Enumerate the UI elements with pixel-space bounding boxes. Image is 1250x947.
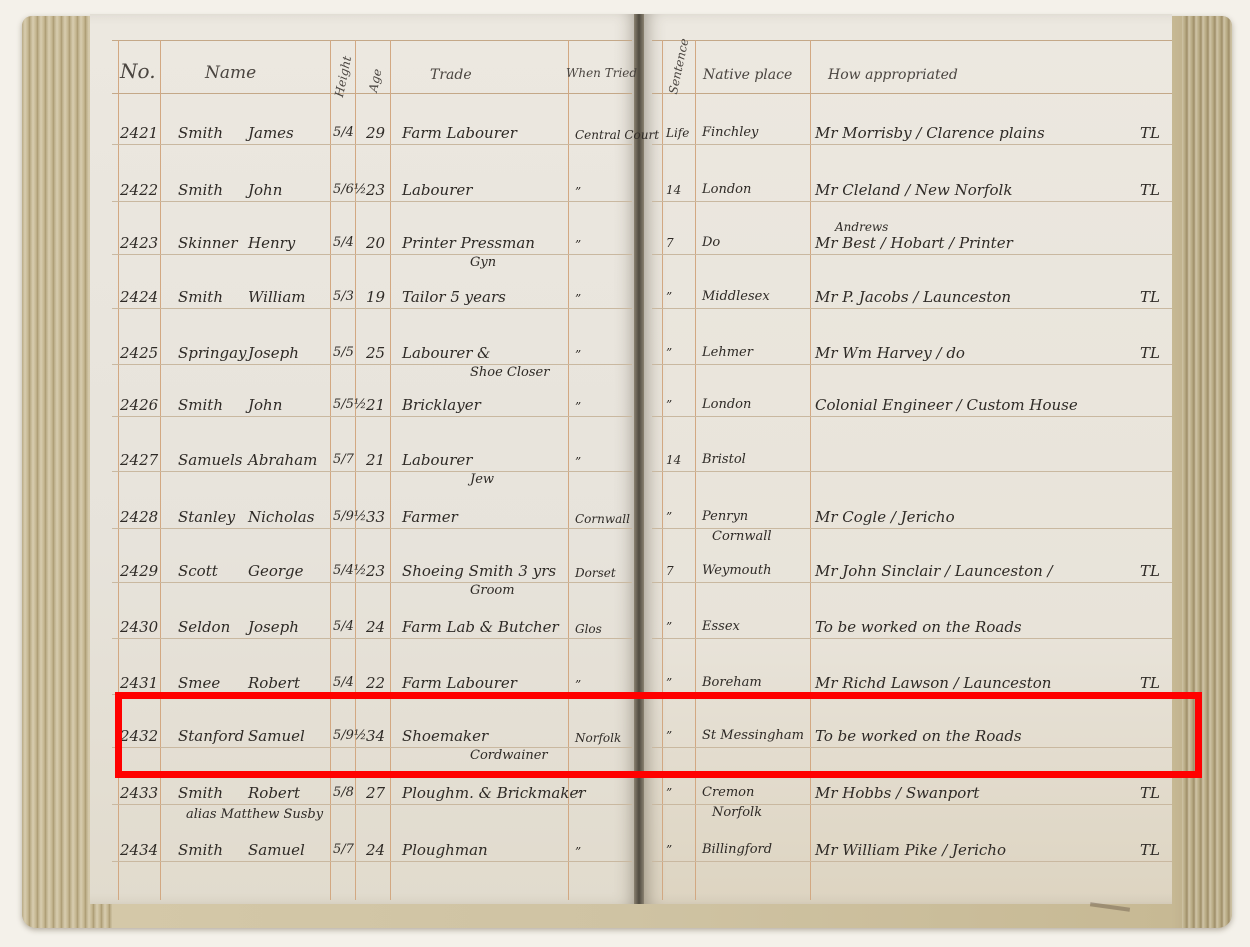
height: 5/3 — [333, 288, 354, 306]
surname: Smith — [178, 181, 223, 199]
height: 5/4 — [333, 234, 354, 252]
tl-mark: TL — [1140, 181, 1160, 199]
when-tried: Dorset — [575, 564, 616, 582]
native-place: Weymouth — [702, 562, 771, 580]
trade: Farm Labourer — [402, 674, 517, 692]
ruled-line — [112, 582, 632, 583]
how-appropriated: Mr John Sinclair / Launceston / — [815, 562, 1053, 580]
age: 19 — [366, 288, 385, 306]
when-tried: ” — [575, 453, 581, 471]
alias: alias Matthew Susby — [186, 806, 323, 824]
native-place: Penryn — [702, 508, 748, 526]
when-tried: ” — [575, 183, 581, 201]
entry-number: 2430 — [120, 618, 158, 636]
ruled-line — [112, 861, 632, 862]
ruled-line — [112, 40, 632, 41]
how-appropriated: Mr William Pike / Jericho — [815, 841, 1006, 859]
how-appropriated: Mr Cogle / Jericho — [815, 508, 955, 526]
native-place: Lehmer — [702, 344, 753, 362]
ruled-line — [652, 308, 1172, 309]
surname: Smith — [178, 784, 223, 802]
entry-number: 2424 — [120, 288, 158, 306]
native-place: Boreham — [702, 674, 762, 692]
surname: Smith — [178, 396, 223, 414]
sentence: 7 — [666, 562, 674, 580]
entry-number: 2422 — [120, 181, 158, 199]
surname: Stanley — [178, 508, 235, 526]
trade-note: Groom — [470, 582, 515, 600]
surname: Seldon — [178, 618, 230, 636]
how-appropriated: Mr Cleland / New Norfolk — [815, 181, 1012, 199]
surname: Smith — [178, 124, 223, 142]
tl-mark: TL — [1140, 784, 1160, 802]
ruled-line — [652, 144, 1172, 145]
native-place: Middlesex — [702, 288, 770, 306]
age: 22 — [366, 674, 385, 692]
surname: Smith — [178, 841, 223, 859]
how-appropriated: Colonial Engineer / Custom House — [815, 396, 1078, 414]
height: 5/5 — [333, 344, 354, 362]
sentence: ” — [666, 841, 672, 859]
height: 5/4 — [333, 618, 354, 636]
how-appropriated: Mr Richd Lawson / Launceston — [815, 674, 1051, 692]
when-tried: ” — [575, 290, 581, 308]
trade: Labourer — [402, 451, 472, 469]
age: 23 — [366, 562, 385, 580]
trade: Shoeing Smith 3 yrs — [402, 562, 556, 580]
age: 29 — [366, 124, 385, 142]
surname: Scott — [178, 562, 218, 580]
forename: Joseph — [248, 344, 299, 362]
when-tried: ” — [575, 236, 581, 254]
trade: Farm Lab & Butcher — [402, 618, 559, 636]
when-tried: ” — [575, 398, 581, 416]
ruled-line — [652, 582, 1172, 583]
when-tried: ” — [575, 843, 581, 861]
native-place: Billingford — [702, 841, 772, 859]
ruled-line — [112, 471, 632, 472]
age: 27 — [366, 784, 385, 802]
trade: Ploughm. & Brickmaker — [402, 784, 586, 802]
height: 5/7 — [333, 451, 354, 469]
ruled-line — [652, 861, 1172, 862]
entry-number: 2433 — [120, 784, 158, 802]
tl-mark: TL — [1140, 674, 1160, 692]
age: 24 — [366, 841, 385, 859]
how-appropriated-note: Andrews — [835, 218, 888, 236]
native-place: Cremon — [702, 784, 754, 802]
age: 21 — [366, 396, 385, 414]
forename: Abraham — [248, 451, 317, 469]
sentence: ” — [666, 784, 672, 802]
age: 20 — [366, 234, 385, 252]
sentence: ” — [666, 508, 672, 526]
trade-note: Shoe Closer — [470, 364, 549, 382]
ruled-line — [652, 254, 1172, 255]
when-tried: Central Court — [575, 126, 659, 144]
when-tried: Cornwall — [575, 510, 630, 528]
forename: George — [248, 562, 304, 580]
age: 33 — [366, 508, 385, 526]
how-appropriated: Mr Morrisby / Clarence plains — [815, 124, 1045, 142]
when-tried: ” — [575, 346, 581, 364]
ruled-line — [112, 308, 632, 309]
ruled-line — [112, 364, 632, 365]
entry-number: 2434 — [120, 841, 158, 859]
tl-mark: TL — [1140, 562, 1160, 580]
tl-mark: TL — [1140, 841, 1160, 859]
forename: Samuel — [248, 841, 305, 859]
ruled-line — [112, 804, 632, 805]
ruled-line — [652, 638, 1172, 639]
header-no: No. — [120, 62, 156, 80]
age: 23 — [366, 181, 385, 199]
sentence: 14 — [666, 451, 681, 469]
header-native-place: Native place — [703, 66, 792, 84]
sentence: ” — [666, 344, 672, 362]
entry-number: 2421 — [120, 124, 158, 142]
native-place: Bristol — [702, 451, 746, 469]
trade: Ploughman — [402, 841, 488, 859]
surname: Smith — [178, 288, 223, 306]
ruled-line — [652, 364, 1172, 365]
forename: Nicholas — [248, 508, 314, 526]
forename: Henry — [248, 234, 295, 252]
forename: John — [248, 396, 282, 414]
ruled-line — [112, 528, 632, 529]
height: 5/8 — [333, 784, 354, 802]
height: 5/6½ — [333, 181, 367, 199]
age: 21 — [366, 451, 385, 469]
ruled-line — [112, 201, 632, 202]
trade: Labourer — [402, 181, 472, 199]
page-edges-right — [1182, 16, 1232, 928]
surname: Springay — [178, 344, 247, 362]
trade: Farmer — [402, 508, 458, 526]
how-appropriated: Mr Best / Hobart / Printer — [815, 234, 1013, 252]
age: 25 — [366, 344, 385, 362]
sentence: ” — [666, 674, 672, 692]
tl-mark: TL — [1140, 124, 1160, 142]
when-tried: Glos — [575, 620, 602, 638]
native-place: Finchley — [702, 124, 758, 142]
tl-mark: TL — [1140, 344, 1160, 362]
trade: Printer Pressman — [402, 234, 535, 252]
how-appropriated: Mr P. Jacobs / Launceston — [815, 288, 1011, 306]
trade-note: Jew — [470, 471, 494, 489]
sentence: ” — [666, 396, 672, 414]
header-name: Name — [205, 64, 256, 82]
how-appropriated: To be worked on the Roads — [815, 618, 1022, 636]
native-place-line2: Cornwall — [712, 528, 772, 546]
how-appropriated: Mr Hobbs / Swanport — [815, 784, 979, 802]
forename: William — [248, 288, 306, 306]
surname: Skinner — [178, 234, 238, 252]
native-place-line2: Norfolk — [712, 804, 762, 822]
when-tried: ” — [575, 786, 581, 804]
entry-number: 2427 — [120, 451, 158, 469]
surname: Samuels — [178, 451, 242, 469]
sentence: 14 — [666, 181, 681, 199]
tl-mark: TL — [1140, 288, 1160, 306]
height: 5/4 — [333, 124, 354, 142]
ruled-line — [112, 144, 632, 145]
ruled-line — [112, 254, 632, 255]
height: 5/5½ — [333, 396, 367, 414]
forename: Joseph — [248, 618, 299, 636]
forename: Robert — [248, 784, 300, 802]
ruled-line — [112, 638, 632, 639]
entry-number: 2428 — [120, 508, 158, 526]
sentence: ” — [666, 288, 672, 306]
header-when-tried: When Tried — [566, 64, 637, 82]
sentence: ” — [666, 618, 672, 636]
ruled-line — [652, 416, 1172, 417]
entry-number: 2423 — [120, 234, 158, 252]
entry-number: 2431 — [120, 674, 158, 692]
height: 5/4 — [333, 674, 354, 692]
height: 5/4½ — [333, 562, 367, 580]
height: 5/7 — [333, 841, 354, 859]
header-trade: Trade — [430, 66, 472, 84]
forename: John — [248, 181, 282, 199]
native-place: London — [702, 396, 751, 414]
trade: Bricklayer — [402, 396, 481, 414]
height: 5/9½ — [333, 508, 367, 526]
native-place: Do — [702, 234, 720, 252]
ruled-line — [652, 201, 1172, 202]
trade: Farm Labourer — [402, 124, 517, 142]
forename: James — [248, 124, 294, 142]
ruled-line — [112, 416, 632, 417]
native-place: London — [702, 181, 751, 199]
ruled-line — [112, 93, 632, 94]
entry-number: 2429 — [120, 562, 158, 580]
trade-note: Gyn — [470, 254, 496, 272]
header-how-appropriated: How appropriated — [828, 66, 958, 84]
sentence: 7 — [666, 234, 674, 252]
entry-number: 2425 — [120, 344, 158, 362]
trade: Tailor 5 years — [402, 288, 506, 306]
sentence: Life — [666, 124, 689, 142]
ruled-line — [652, 40, 1172, 41]
trade: Labourer & — [402, 344, 491, 362]
surname: Smee — [178, 674, 220, 692]
ruled-line — [652, 471, 1172, 472]
entry-number: 2426 — [120, 396, 158, 414]
native-place: Essex — [702, 618, 740, 636]
forename: Robert — [248, 674, 300, 692]
how-appropriated: Mr Wm Harvey / do — [815, 344, 965, 362]
highlight-box-row-2432 — [115, 692, 1202, 778]
age: 24 — [366, 618, 385, 636]
ruled-line — [652, 93, 1172, 94]
